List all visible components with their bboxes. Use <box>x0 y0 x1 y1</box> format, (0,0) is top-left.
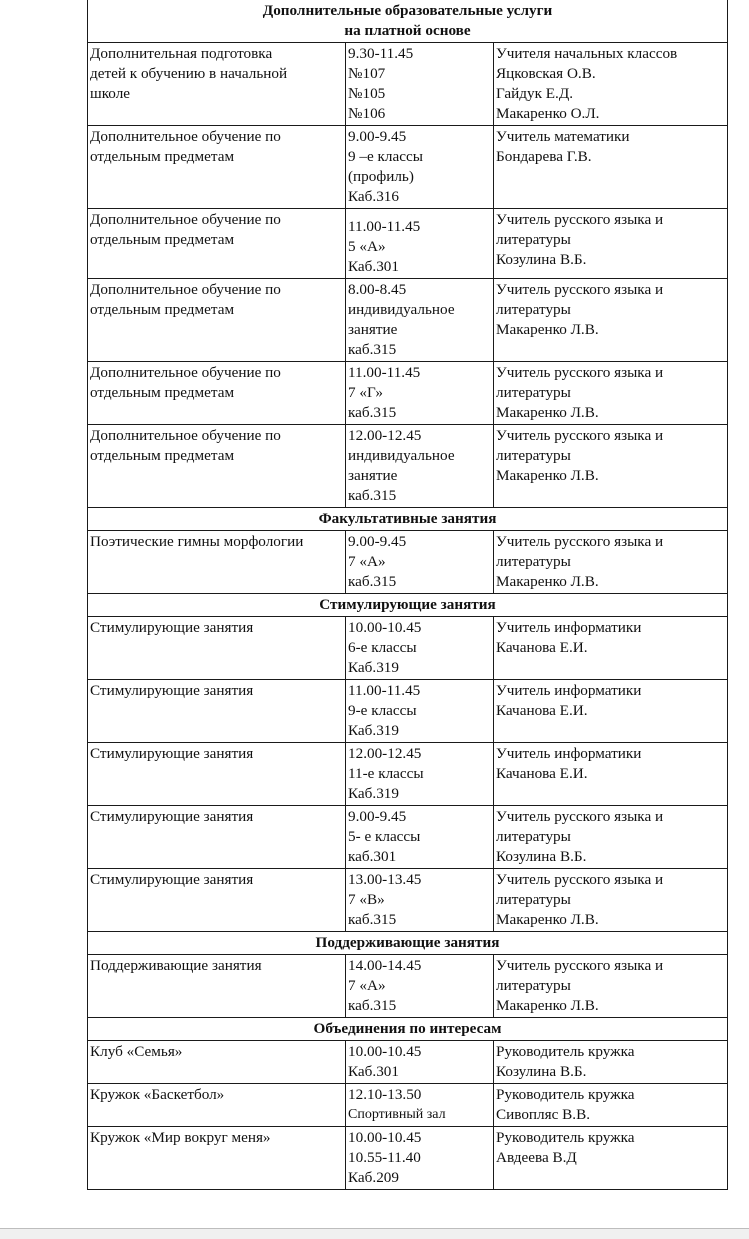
schedule-cell: 11.00-11.455 «А»Каб.301 <box>346 209 494 279</box>
section-title: Стимулирующие занятия <box>88 594 728 617</box>
teacher-cell: Руководитель кружкаКозулина В.Б. <box>494 1041 728 1084</box>
teacher-line: Макаренко Л.В. <box>496 320 725 340</box>
schedule-line: 12.10-13.50 <box>348 1085 491 1105</box>
activity-name-line: Дополнительное обучение по <box>90 280 343 300</box>
activity-name-line: Дополнительная подготовка <box>90 44 343 64</box>
teacher-line: Макаренко Л.В. <box>496 572 725 592</box>
teacher-line: литературы <box>496 300 725 320</box>
schedule-line: 13.00-13.45 <box>348 870 491 890</box>
schedule-line: каб.315 <box>348 996 491 1016</box>
section-title: Поддерживающие занятия <box>88 932 728 955</box>
schedule-line: 9-е классы <box>348 701 491 721</box>
teacher-line: Качанова Е.И. <box>496 701 725 721</box>
schedule-cell: 9.00-9.459 –е классы(профиль)Каб.316 <box>346 126 494 209</box>
teacher-cell: Учителя начальных классовЯцковская О.В.Г… <box>494 43 728 126</box>
activity-name-line: Стимулирующие занятия <box>90 744 343 764</box>
section-title: Факультативные занятия <box>88 508 728 531</box>
activity-name-cell: Дополнительное обучение поотдельным пред… <box>88 126 346 209</box>
teacher-cell: Учитель русского языка илитературыМакаре… <box>494 362 728 425</box>
activity-name-cell: Дополнительное обучение поотдельным пред… <box>88 425 346 508</box>
activity-name-line: отдельным предметам <box>90 300 343 320</box>
table-row: Стимулирующие занятия10.00-10.456-е клас… <box>88 617 728 680</box>
table-row: Стимулирующие занятия9.00-9.455- е класс… <box>88 806 728 869</box>
schedule-line: 10.00-10.45 <box>348 618 491 638</box>
schedule-cell: 11.00-11.459-е классыКаб.319 <box>346 680 494 743</box>
viewer-bottom-bar <box>0 1228 749 1239</box>
schedule-line: занятие <box>348 466 491 486</box>
activity-name-cell: Поддерживающие занятия <box>88 955 346 1018</box>
schedule-line: 10.55-11.40 <box>348 1148 491 1168</box>
activity-name-line: Дополнительное обучение по <box>90 127 343 147</box>
teacher-line: Учитель информатики <box>496 744 725 764</box>
table-row: Поэтические гимны морфологии9.00-9.457 «… <box>88 531 728 594</box>
activity-name-cell: Кружок «Мир вокруг меня» <box>88 1127 346 1190</box>
teacher-line: литературы <box>496 230 725 250</box>
teacher-cell: Учитель информатикиКачанова Е.И. <box>494 743 728 806</box>
teacher-line: Руководитель кружка <box>496 1085 725 1105</box>
schedule-line: каб.315 <box>348 403 491 423</box>
schedule-line: 5- е классы <box>348 827 491 847</box>
schedule-line: Каб.319 <box>348 784 491 804</box>
schedule-line: 9 –е классы <box>348 147 491 167</box>
activity-name-line: Поэтические гимны морфологии <box>90 532 343 552</box>
teacher-line: Руководитель кружка <box>496 1042 725 1062</box>
teacher-cell: Учитель русского языка илитературыМакаре… <box>494 425 728 508</box>
activity-name-line: отдельным предметам <box>90 230 343 250</box>
activity-name-cell: Дополнительное обучение поотдельным пред… <box>88 279 346 362</box>
section-title-line: Дополнительные образовательные услуги <box>90 1 725 21</box>
schedule-line: каб.315 <box>348 486 491 506</box>
schedule-line: 7 «В» <box>348 890 491 910</box>
section-header-row: Стимулирующие занятия <box>88 594 728 617</box>
teacher-line: Макаренко О.Л. <box>496 104 725 124</box>
table-row: Дополнительное обучение поотдельным пред… <box>88 425 728 508</box>
activity-name-line: отдельным предметам <box>90 446 343 466</box>
section-header-row: Факультативные занятия <box>88 508 728 531</box>
teacher-line: Учитель русского языка и <box>496 210 725 230</box>
activity-name-line: детей к обучению в начальной <box>90 64 343 84</box>
table-row: Клуб «Семья»10.00-10.45Каб.301Руководите… <box>88 1041 728 1084</box>
teacher-cell: Учитель русского языка илитературыМакаре… <box>494 869 728 932</box>
section-header-row: Объединения по интересам <box>88 1018 728 1041</box>
teacher-line: литературы <box>496 976 725 996</box>
schedule-line: каб.315 <box>348 910 491 930</box>
teacher-line: Козулина В.Б. <box>496 1062 725 1082</box>
teacher-cell: Учитель русского языка илитературыМакаре… <box>494 955 728 1018</box>
activity-name-line: Дополнительное обучение по <box>90 426 343 446</box>
schedule-line: индивидуальное <box>348 300 491 320</box>
section-header-row: Дополнительные образовательные услугина … <box>88 0 728 43</box>
schedule-line: 11.00-11.45 <box>348 681 491 701</box>
activity-name-cell: Кружок «Баскетбол» <box>88 1084 346 1127</box>
activity-name-line: Кружок «Мир вокруг меня» <box>90 1128 343 1148</box>
schedule-line: Каб.319 <box>348 721 491 741</box>
schedule-line: занятие <box>348 320 491 340</box>
schedule-cell: 10.00-10.45Каб.301 <box>346 1041 494 1084</box>
schedule-cell: 11.00-11.457 «Г»каб.315 <box>346 362 494 425</box>
teacher-line: Учитель информатики <box>496 681 725 701</box>
schedule-line: Каб.209 <box>348 1168 491 1188</box>
schedule-line: Каб.301 <box>348 1062 491 1082</box>
activity-name-line: Дополнительное обучение по <box>90 210 343 230</box>
teacher-line: Авдеева В.Д <box>496 1148 725 1168</box>
teacher-line: Козулина В.Б. <box>496 847 725 867</box>
teacher-line: Качанова Е.И. <box>496 764 725 784</box>
schedule-line: Каб.301 <box>348 257 491 277</box>
schedule-cell: 10.00-10.4510.55-11.40Каб.209 <box>346 1127 494 1190</box>
teacher-line: Учитель русского языка и <box>496 870 725 890</box>
schedule-line: 9.30-11.45 <box>348 44 491 64</box>
schedule-line: Спортивный зал <box>348 1105 491 1125</box>
section-title-line: Стимулирующие занятия <box>90 595 725 615</box>
table-row: Дополнительное обучение поотдельным пред… <box>88 279 728 362</box>
table-row: Дополнительная подготовкадетей к обучени… <box>88 43 728 126</box>
table-row: Стимулирующие занятия12.00-12.4511-е кла… <box>88 743 728 806</box>
activity-name-cell: Дополнительная подготовкадетей к обучени… <box>88 43 346 126</box>
section-title-line: Факультативные занятия <box>90 509 725 529</box>
schedule-line: 7 «Г» <box>348 383 491 403</box>
activity-name-line: Стимулирующие занятия <box>90 807 343 827</box>
schedule-line: Каб.316 <box>348 187 491 207</box>
teacher-line: Макаренко Л.В. <box>496 996 725 1016</box>
teacher-cell: Учитель русского языка илитературыКозули… <box>494 209 728 279</box>
teacher-line: Учитель русского языка и <box>496 363 725 383</box>
activity-name-line: отдельным предметам <box>90 147 343 167</box>
teacher-cell: Учитель русского языка илитературыМакаре… <box>494 531 728 594</box>
teacher-cell: Руководитель кружкаАвдеева В.Д <box>494 1127 728 1190</box>
schedule-line: №107 <box>348 64 491 84</box>
teacher-line: Руководитель кружка <box>496 1128 725 1148</box>
activity-name-line: Стимулирующие занятия <box>90 870 343 890</box>
activity-name-cell: Стимулирующие занятия <box>88 869 346 932</box>
activity-name-cell: Дополнительное обучение поотдельным пред… <box>88 362 346 425</box>
schedule-line: 10.00-10.45 <box>348 1128 491 1148</box>
schedule-cell: 12.00-12.45индивидуальноезанятиекаб.315 <box>346 425 494 508</box>
schedule-line: 12.00-12.45 <box>348 426 491 446</box>
activity-name-cell: Дополнительное обучение поотдельным пред… <box>88 209 346 279</box>
teacher-cell: Учитель информатикиКачанова Е.И. <box>494 617 728 680</box>
section-header-row: Поддерживающие занятия <box>88 932 728 955</box>
schedule-table: Дополнительные образовательные услугина … <box>87 0 728 1190</box>
activity-name-cell: Стимулирующие занятия <box>88 680 346 743</box>
schedule-line: 11.00-11.45 <box>348 217 491 237</box>
teacher-line: Макаренко Л.В. <box>496 910 725 930</box>
table-row: Дополнительное обучение поотдельным пред… <box>88 209 728 279</box>
table-row: Дополнительное обучение поотдельным пред… <box>88 126 728 209</box>
teacher-line: Бондарева Г.В. <box>496 147 725 167</box>
table-row: Кружок «Мир вокруг меня»10.00-10.4510.55… <box>88 1127 728 1190</box>
section-title: Дополнительные образовательные услугина … <box>88 0 728 43</box>
schedule-line: 7 «А» <box>348 976 491 996</box>
schedule-line: 5 «А» <box>348 237 491 257</box>
teacher-line: Яцковская О.В. <box>496 64 725 84</box>
teacher-line: литературы <box>496 827 725 847</box>
teacher-line: литературы <box>496 552 725 572</box>
section-title-line: Поддерживающие занятия <box>90 933 725 953</box>
activity-name-line: Дополнительное обучение по <box>90 363 343 383</box>
schedule-cell: 9.30-11.45№107№105№106 <box>346 43 494 126</box>
schedule-cell: 13.00-13.457 «В»каб.315 <box>346 869 494 932</box>
activity-name-line: отдельным предметам <box>90 383 343 403</box>
schedule-line: 7 «А» <box>348 552 491 572</box>
schedule-line: 11.00-11.45 <box>348 363 491 383</box>
table-row: Кружок «Баскетбол»12.10-13.50Спортивный … <box>88 1084 728 1127</box>
schedule-line: 6-е классы <box>348 638 491 658</box>
schedule-line: №105 <box>348 84 491 104</box>
schedule-document: Дополнительные образовательные услугина … <box>87 0 727 1190</box>
teacher-line: Макаренко Л.В. <box>496 403 725 423</box>
teacher-line: литературы <box>496 383 725 403</box>
schedule-cell: 12.10-13.50Спортивный зал <box>346 1084 494 1127</box>
teacher-line: Макаренко Л.В. <box>496 466 725 486</box>
activity-name-cell: Стимулирующие занятия <box>88 806 346 869</box>
teacher-line: Учитель математики <box>496 127 725 147</box>
teacher-line: Козулина В.Б. <box>496 250 725 270</box>
teacher-line: Учитель русского языка и <box>496 956 725 976</box>
activity-name-cell: Стимулирующие занятия <box>88 617 346 680</box>
teacher-line: Учитель русского языка и <box>496 426 725 446</box>
teacher-line: Учитель информатики <box>496 618 725 638</box>
schedule-line: (профиль) <box>348 167 491 187</box>
schedule-line: №106 <box>348 104 491 124</box>
teacher-line: Гайдук Е.Д. <box>496 84 725 104</box>
schedule-line: Каб.319 <box>348 658 491 678</box>
activity-name-cell: Клуб «Семья» <box>88 1041 346 1084</box>
table-row: Стимулирующие занятия13.00-13.457 «В»каб… <box>88 869 728 932</box>
schedule-cell: 10.00-10.456-е классыКаб.319 <box>346 617 494 680</box>
teacher-cell: Учитель информатикиКачанова Е.И. <box>494 680 728 743</box>
teacher-cell: Руководитель кружкаСивопляс В.В. <box>494 1084 728 1127</box>
teacher-cell: Учитель русского языка илитературыМакаре… <box>494 279 728 362</box>
schedule-line: 14.00-14.45 <box>348 956 491 976</box>
schedule-line: 12.00-12.45 <box>348 744 491 764</box>
activity-name-line: Клуб «Семья» <box>90 1042 343 1062</box>
schedule-line: 9.00-9.45 <box>348 127 491 147</box>
teacher-line: Учитель русского языка и <box>496 807 725 827</box>
schedule-line: 9.00-9.45 <box>348 807 491 827</box>
table-row: Стимулирующие занятия11.00-11.459-е клас… <box>88 680 728 743</box>
schedule-cell: 14.00-14.457 «А»каб.315 <box>346 955 494 1018</box>
teacher-cell: Учитель русского языка илитературыКозули… <box>494 806 728 869</box>
activity-name-cell: Поэтические гимны морфологии <box>88 531 346 594</box>
schedule-cell: 12.00-12.4511-е классыКаб.319 <box>346 743 494 806</box>
schedule-cell: 9.00-9.457 «А»каб.315 <box>346 531 494 594</box>
schedule-line: 9.00-9.45 <box>348 532 491 552</box>
activity-name-line: Стимулирующие занятия <box>90 618 343 638</box>
teacher-line: литературы <box>496 890 725 910</box>
section-title-line: на платной основе <box>90 21 725 41</box>
teacher-line: Учитель русского языка и <box>496 280 725 300</box>
schedule-line: каб.301 <box>348 847 491 867</box>
schedule-line: 8.00-8.45 <box>348 280 491 300</box>
teacher-cell: Учитель математикиБондарева Г.В. <box>494 126 728 209</box>
teacher-line: Качанова Е.И. <box>496 638 725 658</box>
schedule-table-body: Дополнительные образовательные услугина … <box>88 0 728 1190</box>
teacher-line: Сивопляс В.В. <box>496 1105 725 1125</box>
schedule-line: индивидуальное <box>348 446 491 466</box>
schedule-line: каб.315 <box>348 572 491 592</box>
schedule-line: 10.00-10.45 <box>348 1042 491 1062</box>
schedule-cell: 8.00-8.45индивидуальноезанятиекаб.315 <box>346 279 494 362</box>
table-row: Поддерживающие занятия14.00-14.457 «А»ка… <box>88 955 728 1018</box>
section-title-line: Объединения по интересам <box>90 1019 725 1039</box>
section-title: Объединения по интересам <box>88 1018 728 1041</box>
activity-name-line: Стимулирующие занятия <box>90 681 343 701</box>
activity-name-cell: Стимулирующие занятия <box>88 743 346 806</box>
teacher-line: литературы <box>496 446 725 466</box>
schedule-line: 11-е классы <box>348 764 491 784</box>
teacher-line: Учителя начальных классов <box>496 44 725 64</box>
schedule-cell: 9.00-9.455- е классыкаб.301 <box>346 806 494 869</box>
activity-name-line: Поддерживающие занятия <box>90 956 343 976</box>
teacher-line: Учитель русского языка и <box>496 532 725 552</box>
schedule-line: каб.315 <box>348 340 491 360</box>
activity-name-line: Кружок «Баскетбол» <box>90 1085 343 1105</box>
table-row: Дополнительное обучение поотдельным пред… <box>88 362 728 425</box>
activity-name-line: школе <box>90 84 343 104</box>
